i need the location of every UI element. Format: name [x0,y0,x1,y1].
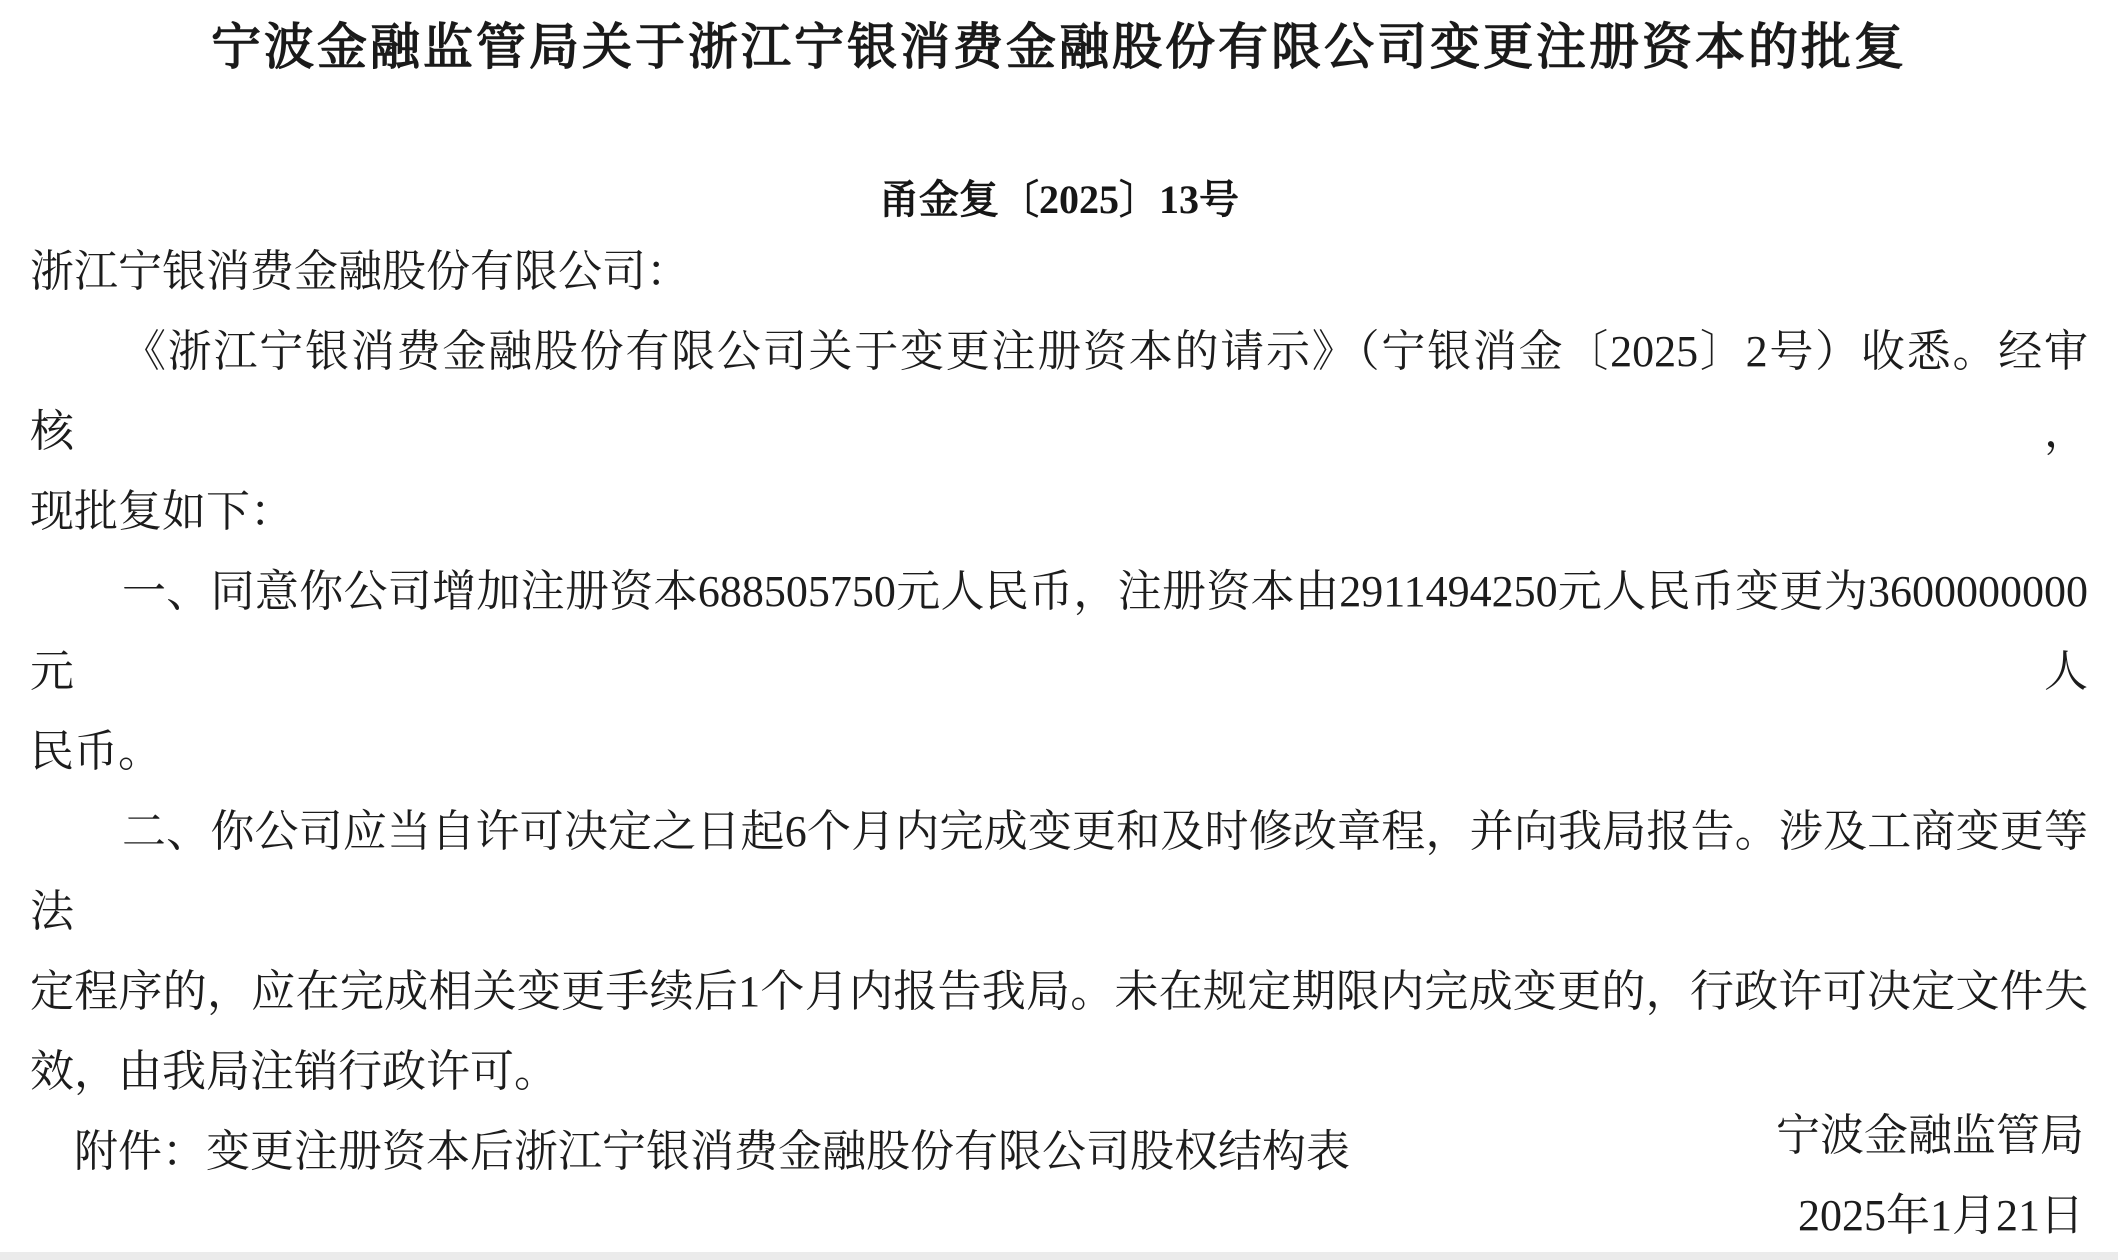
addressee-line: 浙江宁银消费金融股份有限公司： [30,232,2088,312]
issue-date: 2025年1月21日 [1776,1176,2084,1256]
bottom-edge-bar [0,1252,2118,1260]
paragraph-2: 一、同意你公司增加注册资本688505750元人民币，注册资本由29114942… [30,552,2088,792]
issuer-name: 宁波金融监管局 [1776,1096,2084,1176]
document-body: 浙江宁银消费金融股份有限公司： 《浙江宁银消费金融股份有限公司关于变更注册资本的… [30,232,2088,1192]
paragraph-line: 定程序的，应在完成相关变更手续后1个月内报告我局。未在规定期限内完成变更的，行政… [30,952,2088,1032]
paragraph-1: 《浙江宁银消费金融股份有限公司关于变更注册资本的请示》（宁银消金〔2025〕2号… [30,312,2088,552]
paragraph-3: 二、你公司应当自许可决定之日起6个月内完成变更和及时修改章程，并向我局报告。涉及… [30,792,2088,1112]
document-number: 甬金复〔2025〕13号 [0,168,2118,232]
signature-block: 宁波金融监管局 2025年1月21日 [1776,1096,2084,1256]
paragraph-line: 二、你公司应当自许可决定之日起6个月内完成变更和及时修改章程，并向我局报告。涉及… [30,792,2088,952]
paragraph-line: 一、同意你公司增加注册资本688505750元人民币，注册资本由29114942… [30,552,2088,712]
paragraph-line: 《浙江宁银消费金融股份有限公司关于变更注册资本的请示》（宁银消金〔2025〕2号… [30,312,2088,472]
official-approval-document: 宁波金融监管局关于浙江宁银消费金融股份有限公司变更注册资本的批复 甬金复〔202… [0,0,2118,1260]
paragraph-line: 现批复如下： [30,472,2088,552]
paragraph-line: 民币。 [30,712,2088,792]
document-title: 宁波金融监管局关于浙江宁银消费金融股份有限公司变更注册资本的批复 [0,12,2118,82]
